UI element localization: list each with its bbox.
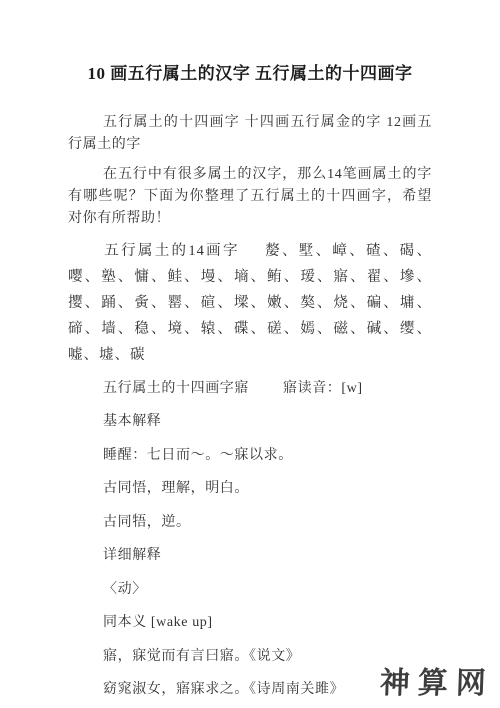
definition-line: 详细解释 xyxy=(68,543,432,569)
definition-line: 〈动〉 xyxy=(68,577,432,603)
definition-line: 古同悟，理解，明白。 xyxy=(68,476,432,502)
document-page: 10 画五行属土的汉字 五行属土的十四画字 五行属土的十四画字 十四画五行属金的… xyxy=(0,0,500,708)
definition-pronunciation: 寤读音：[w] xyxy=(283,381,363,396)
page-title: 10 画五行属土的汉字 五行属土的十四画字 xyxy=(48,62,452,86)
definition-heading: 五行属土的十四画字寤 xyxy=(103,381,249,396)
char-list-characters: 嫠、墅、嶂、碴、碣、嘤、塾、慵、鲑、墁、墒、鲔、瑷、寤、翟、墋、撄、踊、夤、罂、… xyxy=(68,243,432,363)
intro-line-2: 在五行中有很多属土的汉字，那么14笔画属土的字有哪些呢？下面为你整理了五行属土的… xyxy=(68,164,432,230)
definition-heading-line: 五行属土的十四画字寤寤读音：[w] xyxy=(68,376,432,401)
watermark-logo: 神算网 xyxy=(379,658,495,702)
definition-line: 寤，寐觉而有言曰寤。《说文》 xyxy=(68,644,432,670)
definition-line: 窈窕淑女，寤寐求之。《诗周南关雎》 xyxy=(68,677,432,703)
definition-line: 睡醒：七日而～。～寐以求。 xyxy=(68,443,432,469)
char-list-paragraph: 五行属土的14画字嫠、墅、嶂、碴、碣、嘤、塾、慵、鲑、墁、墒、鲔、瑷、寤、翟、墋… xyxy=(68,238,432,368)
definition-line: 同本义 [wake up] xyxy=(68,610,432,636)
intro-line-1: 五行属土的十四画字 十四画五行属金的字 12画五行属土的字 xyxy=(68,112,432,156)
definition-line: 古同牾，逆。 xyxy=(68,510,432,536)
char-list-label: 五行属土的14画字 xyxy=(104,243,240,259)
definition-line: 基本解释 xyxy=(68,409,432,435)
